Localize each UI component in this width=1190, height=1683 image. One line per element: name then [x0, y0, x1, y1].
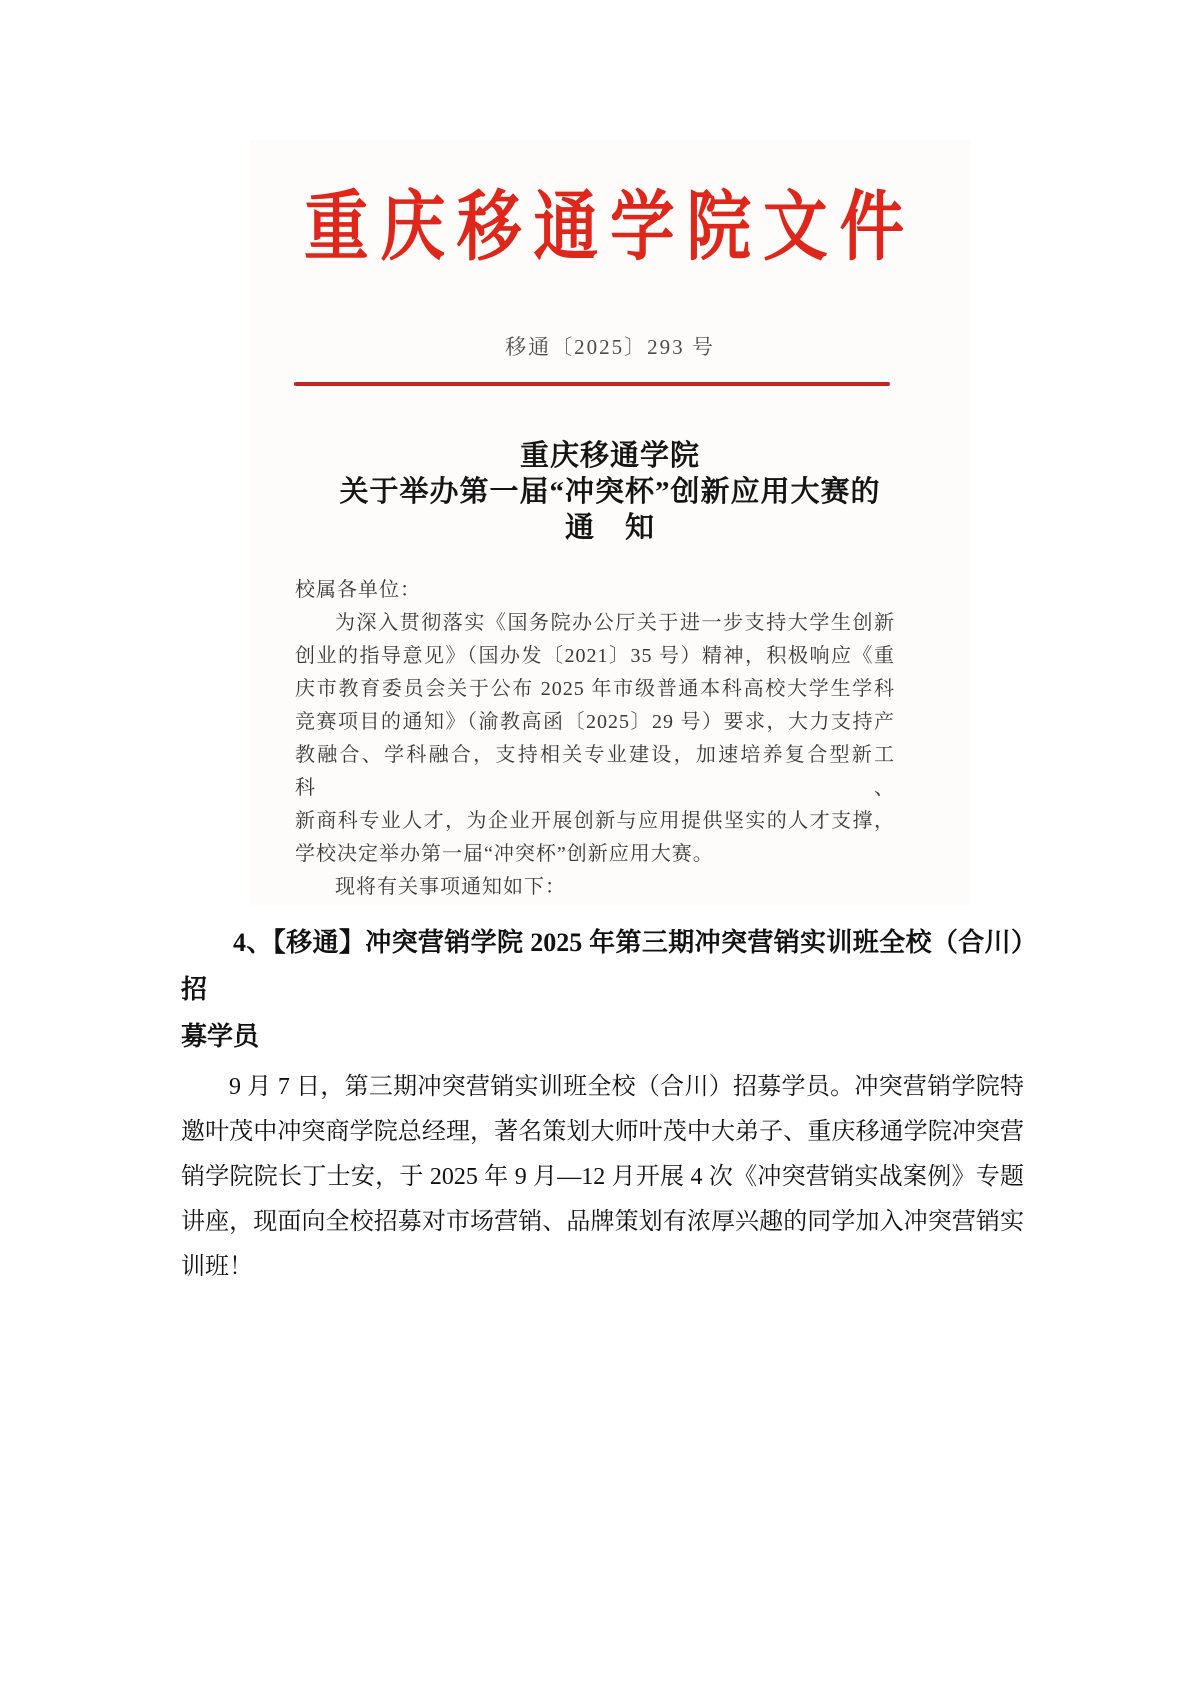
announcement-body-line: 9 月 7 日，第三期冲突营销实训班全校（合川）招募学员。冲突营销学院特	[181, 1065, 1024, 1110]
notice-title-line: 通 知	[250, 510, 970, 546]
notice-body: 校属各单位： 为深入贯彻落实《国务院办公厅关于进一步支持大学生创新 创业的指导意…	[295, 574, 895, 904]
announcement-section: 4、【移通】冲突营销学院 2025 年第三期冲突营销实训班全校（合川）招 募学员…	[181, 919, 1024, 1290]
announcement-body-line: 销学院院长丁士安，于 2025 年 9 月—12 月开展 4 次《冲突营销实战案…	[181, 1155, 1024, 1200]
announcement-body-line: 讲座，现面向全校招募对市场营销、品牌策划有浓厚兴趣的同学加入冲突营销实	[181, 1200, 1024, 1245]
document-number: 移通〔2025〕293 号	[250, 331, 970, 361]
notice-body-line: 为深入贯彻落实《国务院办公厅关于进一步支持大学生创新	[295, 607, 895, 640]
announcement-heading-line: 4、【移通】冲突营销学院 2025 年第三期冲突营销实训班全校（合川）招	[181, 919, 1024, 1013]
announcement-body-line: 训班！	[181, 1245, 1024, 1290]
notice-body-line: 教融合、学科融合，支持相关专业建设，加速培养复合型新工科、	[295, 739, 895, 805]
notice-salutation: 校属各单位：	[295, 574, 895, 607]
notice-title-line: 重庆移通学院	[250, 438, 970, 474]
notice-closing-line: 现将有关事项通知如下：	[295, 871, 895, 904]
notice-body-line: 创业的指导意见》（国办发〔2021〕35 号）精神，积极响应《重	[295, 640, 895, 673]
notice-title-line: 关于举办第一届“冲突杯”创新应用大赛的	[250, 474, 970, 510]
notice-body-line: 庆市教育委员会关于公布 2025 年市级普通本科高校大学生学科	[295, 673, 895, 706]
red-separator-rule	[294, 382, 890, 386]
notice-body-line: 竞赛项目的通知》（渝教高函〔2025〕29 号）要求，大力支持产	[295, 706, 895, 739]
document-masthead-title: 重庆移通学院文件	[304, 166, 916, 275]
announcement-heading-line: 募学员	[181, 1013, 1024, 1060]
announcement-paragraph: 9 月 7 日，第三期冲突营销实训班全校（合川）招募学员。冲突营销学院特 邀叶茂…	[181, 1065, 1024, 1290]
announcement-heading: 4、【移通】冲突营销学院 2025 年第三期冲突营销实训班全校（合川）招 募学员	[181, 919, 1024, 1060]
notice-body-line: 学校决定举办第一届“冲突杯”创新应用大赛。	[295, 838, 895, 871]
announcement-body-line: 邀叶茂中冲突商学院总经理，著名策划大师叶茂中大弟子、重庆移通学院冲突营	[181, 1110, 1024, 1155]
notice-title: 重庆移通学院 关于举办第一届“冲突杯”创新应用大赛的 通 知	[250, 438, 970, 546]
scanned-official-document: 重庆移通学院文件 移通〔2025〕293 号 重庆移通学院 关于举办第一届“冲突…	[250, 140, 970, 905]
notice-body-line: 新商科专业人才，为企业开展创新与应用提供坚实的人才支撑，	[295, 805, 895, 838]
